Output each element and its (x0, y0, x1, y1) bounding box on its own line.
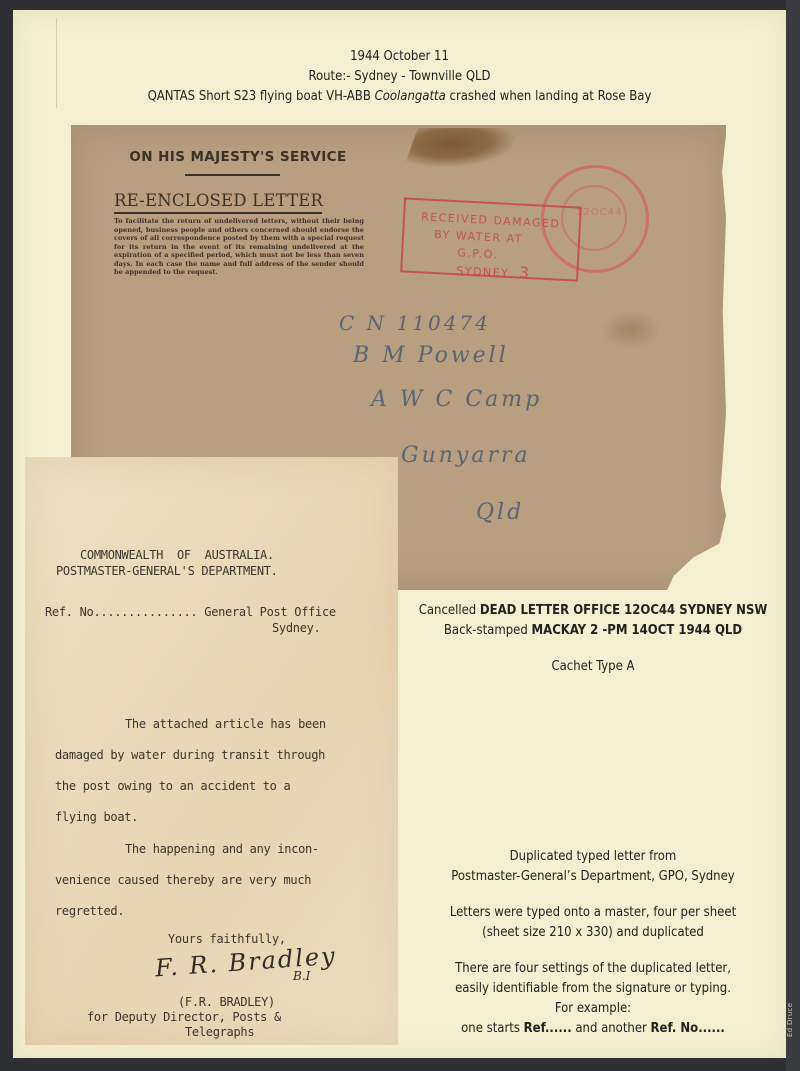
envelope-stain (404, 128, 518, 166)
reenclosed-notice: To facilitate the return of undelivered … (114, 217, 364, 277)
letter-closing: Yours faithfully, (168, 932, 286, 946)
cancel-line-1: Cancelled DEAD LETTER OFFICE 12OC44 SYDN… (400, 601, 786, 621)
address-line-4: Gunyarra (401, 443, 531, 468)
note-p2-line2: (sheet size 210 x 330) and duplicated (400, 923, 786, 943)
letter-para1-line3: the post owing to an accident to a (55, 779, 290, 793)
address-line-1: C N 110474 (339, 311, 491, 335)
letter-para2-line2: venience caused thereby are very much (55, 873, 311, 887)
letter-ref: Ref. No............... General Post Offi… (45, 605, 336, 619)
note-p2-line1: Letters were typed onto a master, four p… (400, 903, 786, 923)
note-p3-line1: There are four settings of the duplicate… (400, 959, 786, 979)
letter-para1-line1: The attached article has been (125, 717, 326, 731)
signature-initials: B.I (293, 969, 310, 983)
letter-city: Sydney. (272, 621, 320, 635)
note-p1-line1: Duplicated typed letter from (400, 847, 786, 867)
page-header: 1944 October 11 Route:- Sydney - Townvil… (13, 47, 786, 107)
ohms-rule (185, 174, 280, 176)
note-p1-line2: Postmaster-General’s Department, GPO, Sy… (400, 867, 786, 887)
reenclosed-heading: RE-ENCLOSED LETTER (114, 191, 323, 210)
postmark-date: 12OC44 (576, 207, 622, 218)
right-border-strip (786, 0, 800, 1071)
pmg-letter: COMMONWEALTH OF AUSTRALIA. POSTMASTER-GE… (25, 457, 398, 1045)
letter-para1-line2: damaged by water during transit through (55, 748, 325, 762)
cancellation-notes: Cancelled DEAD LETTER OFFICE 12OC44 SYDN… (400, 601, 786, 677)
letter-title-1: for Deputy Director, Posts & (87, 1010, 281, 1024)
cachet-type: Cachet Type A (400, 657, 786, 677)
reenclosed-rule (114, 212, 322, 214)
letter-para2-line3: regretted. (55, 904, 124, 918)
header-route: Route:- Sydney - Townville QLD (13, 67, 786, 87)
address-line-2: B M Powell (353, 343, 509, 368)
letter-title-2: Telegraphs (185, 1025, 254, 1039)
letter-heading-1: COMMONWEALTH OF AUSTRALIA. (80, 548, 274, 562)
note-p3-line2: easily identifiable from the signature o… (400, 979, 786, 999)
letter-signatory: (F.R. BRADLEY) (178, 995, 275, 1009)
header-date: 1944 October 11 (13, 47, 786, 67)
vertical-credit: Ed Druce (786, 990, 800, 1050)
aircraft-name: Coolangatta (375, 89, 446, 104)
address-line-5: Qld (476, 500, 524, 525)
header-event: QANTAS Short S23 flying boat VH-ABB Cool… (13, 87, 786, 107)
cancel-line-2: Back-stamped MACKAY 2 -PM 14OCT 1944 QLD (400, 621, 786, 641)
letter-para1-line4: flying boat. (55, 810, 138, 824)
note-p3-line4: one starts Ref...... and another Ref. No… (400, 1019, 786, 1039)
note-p3-line3: For example: (400, 999, 786, 1019)
ohms-title: ON HIS MAJESTY'S SERVICE (113, 149, 363, 165)
letter-notes: Duplicated typed letter from Postmaster-… (400, 847, 786, 1039)
envelope-smudge (601, 310, 661, 350)
letter-para2-line1: The happening and any incon- (125, 842, 319, 856)
letter-heading-2: POSTMASTER-GENERAL'S DEPARTMENT. (56, 564, 278, 578)
received-damaged-cachet: RECEIVED DAMAGED BY WATER AT G.P.O. SYDN… (400, 197, 582, 281)
address-line-3: A W C Camp (371, 387, 542, 412)
